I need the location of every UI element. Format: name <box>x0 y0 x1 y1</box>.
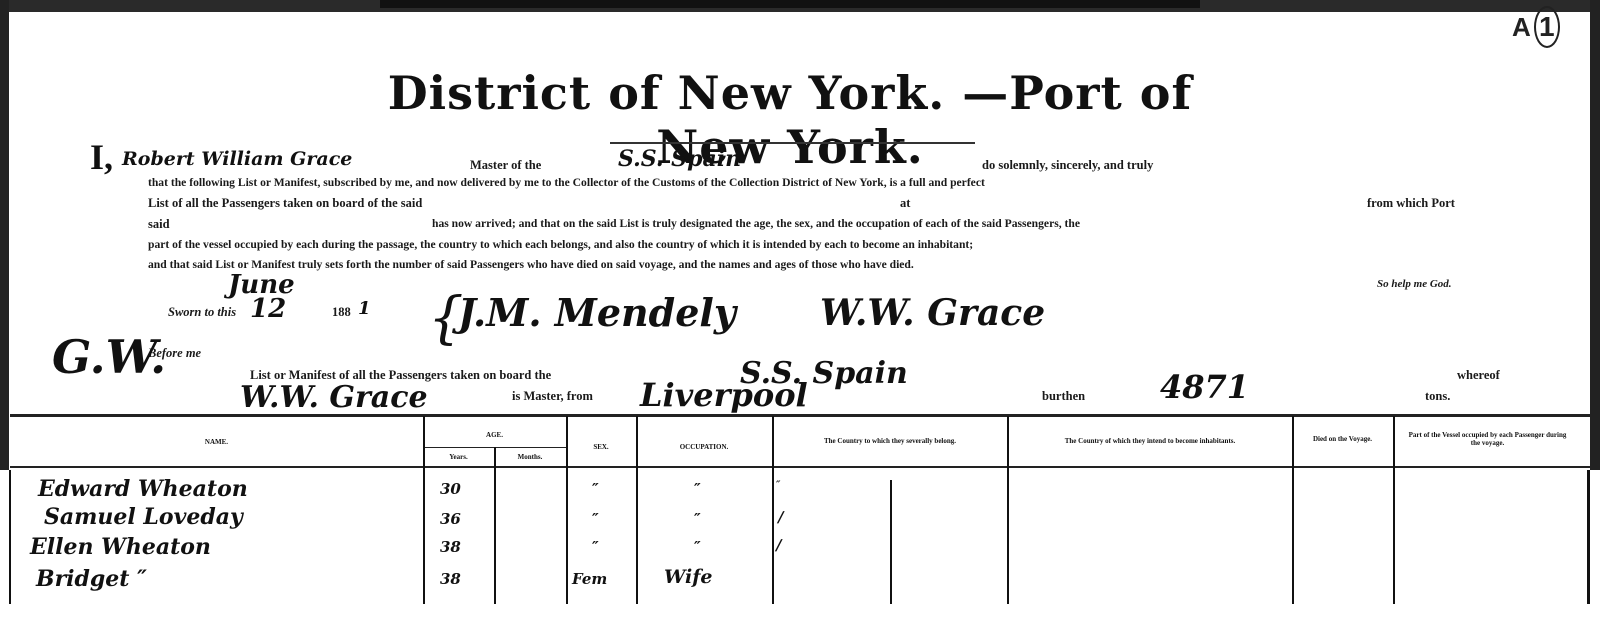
header-died: Died on the Voyage. <box>1300 435 1385 443</box>
passenger-occupation: ″ <box>694 538 701 556</box>
col-rule-left <box>9 470 11 604</box>
col-rule-age <box>423 416 425 604</box>
header-name: NAME. <box>10 438 423 446</box>
oath-line-3a: List of all the Passengers taken on boar… <box>148 196 422 211</box>
passenger-years: 30 <box>440 480 461 498</box>
table-header-bottom-rule <box>10 466 1590 468</box>
scan-border-left <box>0 0 9 470</box>
passenger-years: 38 <box>440 570 461 588</box>
oath-lead: I, <box>90 136 113 178</box>
manifest-whereof: whereof <box>1457 368 1500 383</box>
oath-solemnly: do solemnly, sincerely, and truly <box>982 158 1153 173</box>
oath-line-4a: said <box>148 217 170 232</box>
manifest-text-c: is Master, from <box>512 389 593 404</box>
sworn-label: Sworn to this <box>168 305 236 320</box>
passenger-sex: Fem <box>572 570 607 588</box>
tons-label: tons. <box>1425 389 1450 404</box>
page-letter: A <box>1512 12 1531 42</box>
oath-line-3b: at <box>900 196 910 211</box>
oath-closing: So help me God. <box>1377 278 1452 290</box>
master-signature: W.W. Grace <box>820 292 1045 334</box>
header-country-belong: The Country to which they severally belo… <box>800 437 980 445</box>
oath-line-3c: from which Port <box>1367 196 1455 211</box>
blank-margin <box>0 604 1600 626</box>
header-sex: SEX. <box>566 443 636 451</box>
col-rule-months <box>494 447 496 604</box>
col-rule-right <box>1587 470 1590 604</box>
passenger-country-belong: ″ <box>776 480 780 491</box>
table-top-rule <box>10 414 1590 417</box>
passenger-name: Ellen Wheaton <box>30 534 211 560</box>
passenger-name: Bridget ″ <box>36 566 147 592</box>
col-rule-country-belong <box>772 416 774 604</box>
col-rule-part-vessel <box>1393 416 1395 604</box>
header-part-vessel: Part of the Vessel occupied by each Pass… <box>1405 431 1570 447</box>
col-rule-country-intend <box>1007 416 1009 604</box>
sworn-day-handwritten: 12 <box>250 294 286 324</box>
oath-line-4b: has now arrived; and that on the said Li… <box>432 217 1080 230</box>
oath-line-2: that the following List or Manifest, sub… <box>148 176 985 189</box>
passenger-country-belong: ∕ <box>778 508 783 526</box>
oath-master-of-the: Master of the <box>470 158 541 173</box>
header-country-intend: The Country of which they intend to beco… <box>1035 437 1265 445</box>
header-months: Months. <box>494 453 566 461</box>
header-occupation: OCCUPATION. <box>636 443 772 451</box>
passenger-name: Edward Wheaton <box>38 476 248 502</box>
passenger-occupation: ″ <box>694 510 701 528</box>
sworn-year-printed: 188 <box>332 305 351 320</box>
passenger-sex: ″ <box>592 510 599 528</box>
passenger-country-belong: ∕ <box>776 536 781 554</box>
page-number-circled: 1 <box>1534 6 1560 48</box>
burthen-handwritten: 4871 <box>1160 368 1249 406</box>
header-years: Years. <box>423 453 494 461</box>
header-age: AGE. <box>423 431 566 439</box>
scan-border-right <box>1590 0 1600 470</box>
manifest-port-handwritten: Liverpool <box>640 376 808 414</box>
passenger-sex: ″ <box>592 480 599 498</box>
col-rule-inner <box>890 480 892 604</box>
burthen-label: burthen <box>1042 389 1085 404</box>
official-initials: G.W. <box>52 330 166 384</box>
scan-border-top-dark <box>380 0 1200 8</box>
passenger-name: Samuel Loveday <box>44 504 243 530</box>
passenger-occupation: ″ <box>694 480 701 498</box>
official-signature: J.M. Mendely <box>458 290 736 335</box>
oath-line-5: part of the vessel occupied by each duri… <box>148 238 973 251</box>
vessel-handwritten: S.S. Spain <box>618 146 741 172</box>
passenger-years: 36 <box>440 510 461 528</box>
col-rule-died <box>1292 416 1294 604</box>
passenger-occupation: Wife <box>664 566 712 588</box>
passenger-years: 38 <box>440 538 461 556</box>
manifest-master-handwritten: W.W. Grace <box>240 380 428 415</box>
page-number-mark: A1 <box>1512 6 1560 48</box>
sworn-year-handwritten: 1 <box>358 298 371 319</box>
vessel-name-rule <box>610 142 975 144</box>
passenger-sex: ″ <box>592 538 599 556</box>
master-name-handwritten: Robert William Grace <box>122 148 352 170</box>
